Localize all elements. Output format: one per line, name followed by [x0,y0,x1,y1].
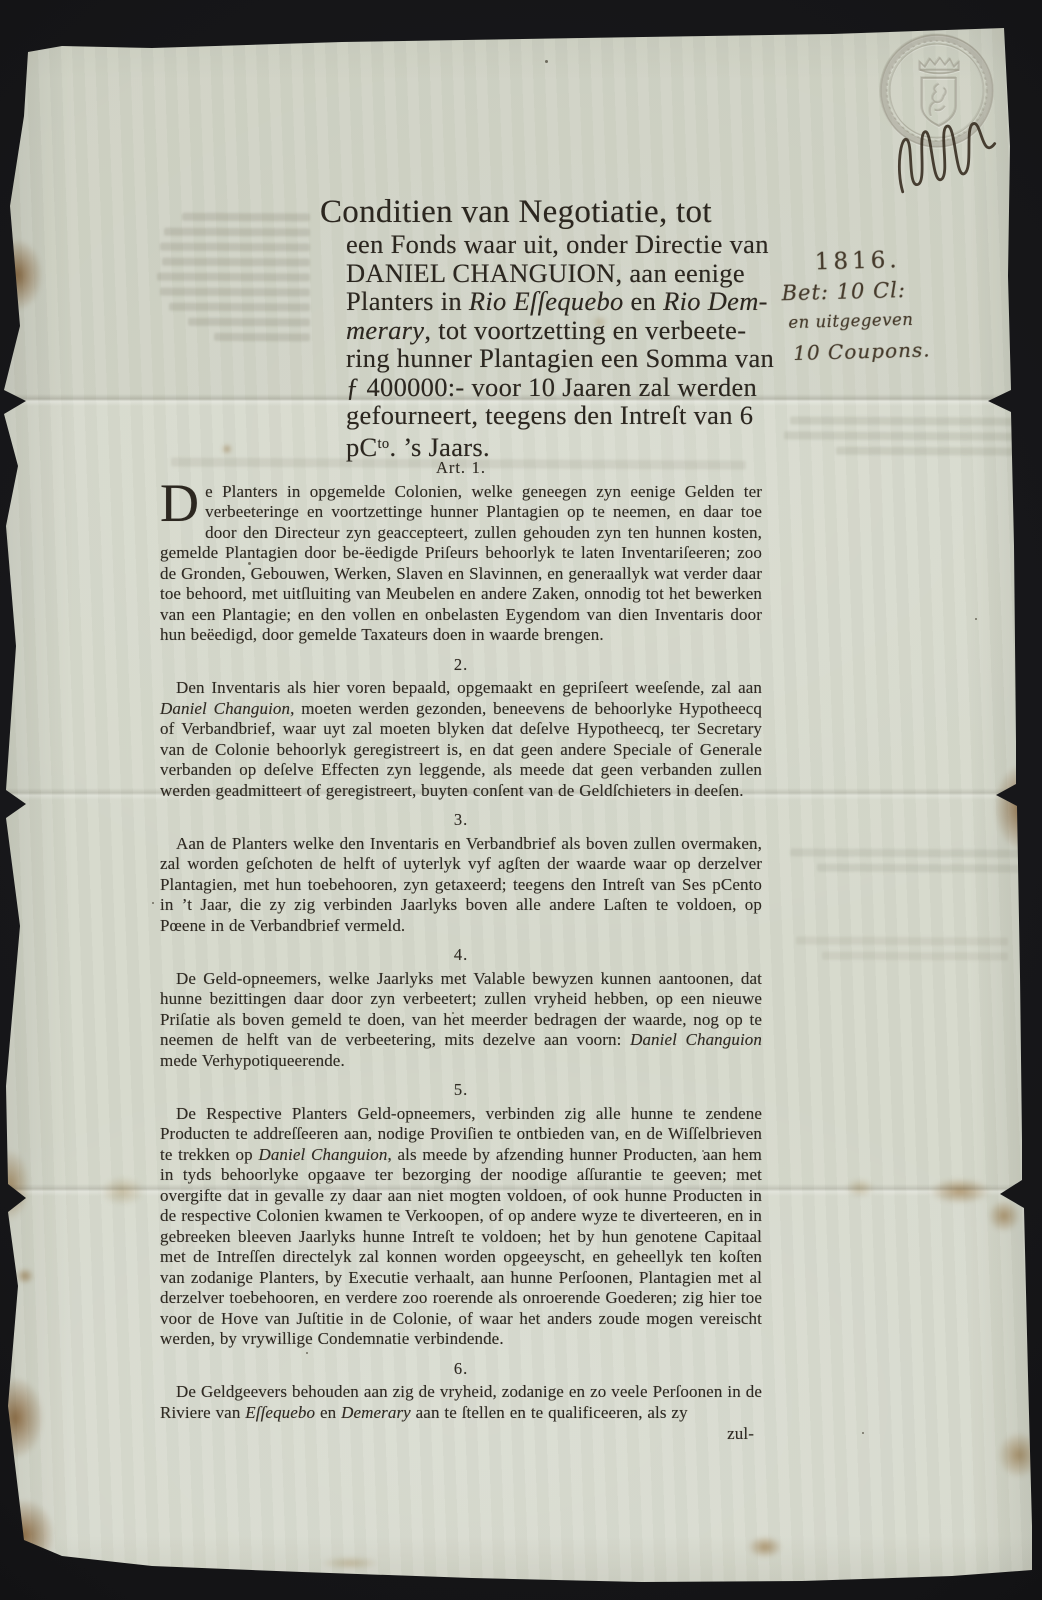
articles: Art. 1.De Planters in opgemelde Colonien… [160,458,762,1423]
ink-speck [862,1432,864,1434]
title-line: Conditien van Negotiatie, tot [320,194,788,230]
handwritten-coupons-line: 10 Coupons. [793,334,962,368]
foxing-stain [0,1500,54,1570]
handwritten-year: 1816. [814,244,959,278]
ink-speck [702,1150,704,1152]
article-number: Art. 1. [160,458,762,479]
title-line: ƒ 400000:- voor 10 Jaaren zal werden [346,373,788,402]
ink-speck [248,562,251,565]
ink-showthrough-right-upper [778,409,1014,462]
handwritten-paid-line: Bet: 10 Cl: [781,274,960,309]
article-paragraph: De Respective Planters Geld-opneemers, v… [160,1104,762,1350]
paper-sheet: 1816. Bet: 10 Cl: en uitgegeven 10 Coupo… [0,0,1042,1600]
article-paragraph: Den Inventaris als hier voren bepaald, o… [160,678,762,801]
article-number: 3. [160,810,762,831]
foxing-stain [320,1556,380,1570]
title-line: DANIEL CHANGUION, aan eenige [346,259,788,288]
document-title: Conditien van Negotiatie, toteen Fonds w… [320,194,788,461]
foxing-stain [998,1432,1040,1478]
article-paragraph: De Geld-opneemers, welke Jaarlyks met Va… [160,969,762,1072]
foxing-stain [0,1378,43,1458]
ink-speck [602,332,604,334]
title-line: ring hunner Plantagien een Somma van [346,344,788,373]
foxing-stain [748,1536,782,1558]
foxing-stain [0,1150,30,1220]
article-number: 2. [160,655,762,676]
ink-speck [306,1352,308,1354]
catchword: zul- [160,1424,762,1445]
foxing-stain [995,765,1042,850]
ink-speck [545,60,548,63]
article-paragraph: De Geldgeevers behouden aan zig de vryhe… [160,1382,762,1423]
title-line: merary, tot voortzetting en verbeete- [346,316,788,345]
article-number: 4. [160,945,762,966]
foxing-stain [100,1176,145,1206]
ink-speck [152,902,154,904]
article-number: 5. [160,1080,762,1101]
scan-background: 1816. Bet: 10 Cl: en uitgegeven 10 Coupo… [0,0,1042,1600]
document-body: Art. 1.De Planters in opgemelde Colonien… [160,458,762,1445]
foxing-stain [16,1268,34,1284]
foxing-stain [222,444,232,454]
title-line: pCto. ’s Jaars. [346,430,788,462]
ink-showthrough-right-middle [782,841,1022,879]
ink-showthrough-left [152,206,310,349]
foxing-stain [988,1200,1020,1232]
article-number: 6. [160,1359,762,1380]
title-line: gefourneert, teegens den Intreſt van 6 [346,401,788,430]
foxing-stain [592,315,608,329]
foxing-stain [930,1178,990,1204]
handwritten-note-1816: 1816. Bet: 10 Cl: en uitgegeven 10 Coupo… [778,244,961,369]
ink-speck [975,618,977,620]
foxing-stain [0,240,42,310]
ink-showthrough-right-lower [788,929,1008,967]
title-line: Planters in Rio Eſſequebo en Rio Dem- [346,287,788,316]
drop-cap: D [160,482,205,524]
foxing-stain [845,1178,875,1198]
ink-speck [688,250,690,252]
title-line: een Fonds waar uit, onder Directie van [346,230,788,259]
handwritten-issued-line: en uitgegeven [788,304,961,338]
ink-speck [452,1012,454,1014]
article-paragraph: Aan de Planters welke den Inventaris en … [160,834,762,937]
